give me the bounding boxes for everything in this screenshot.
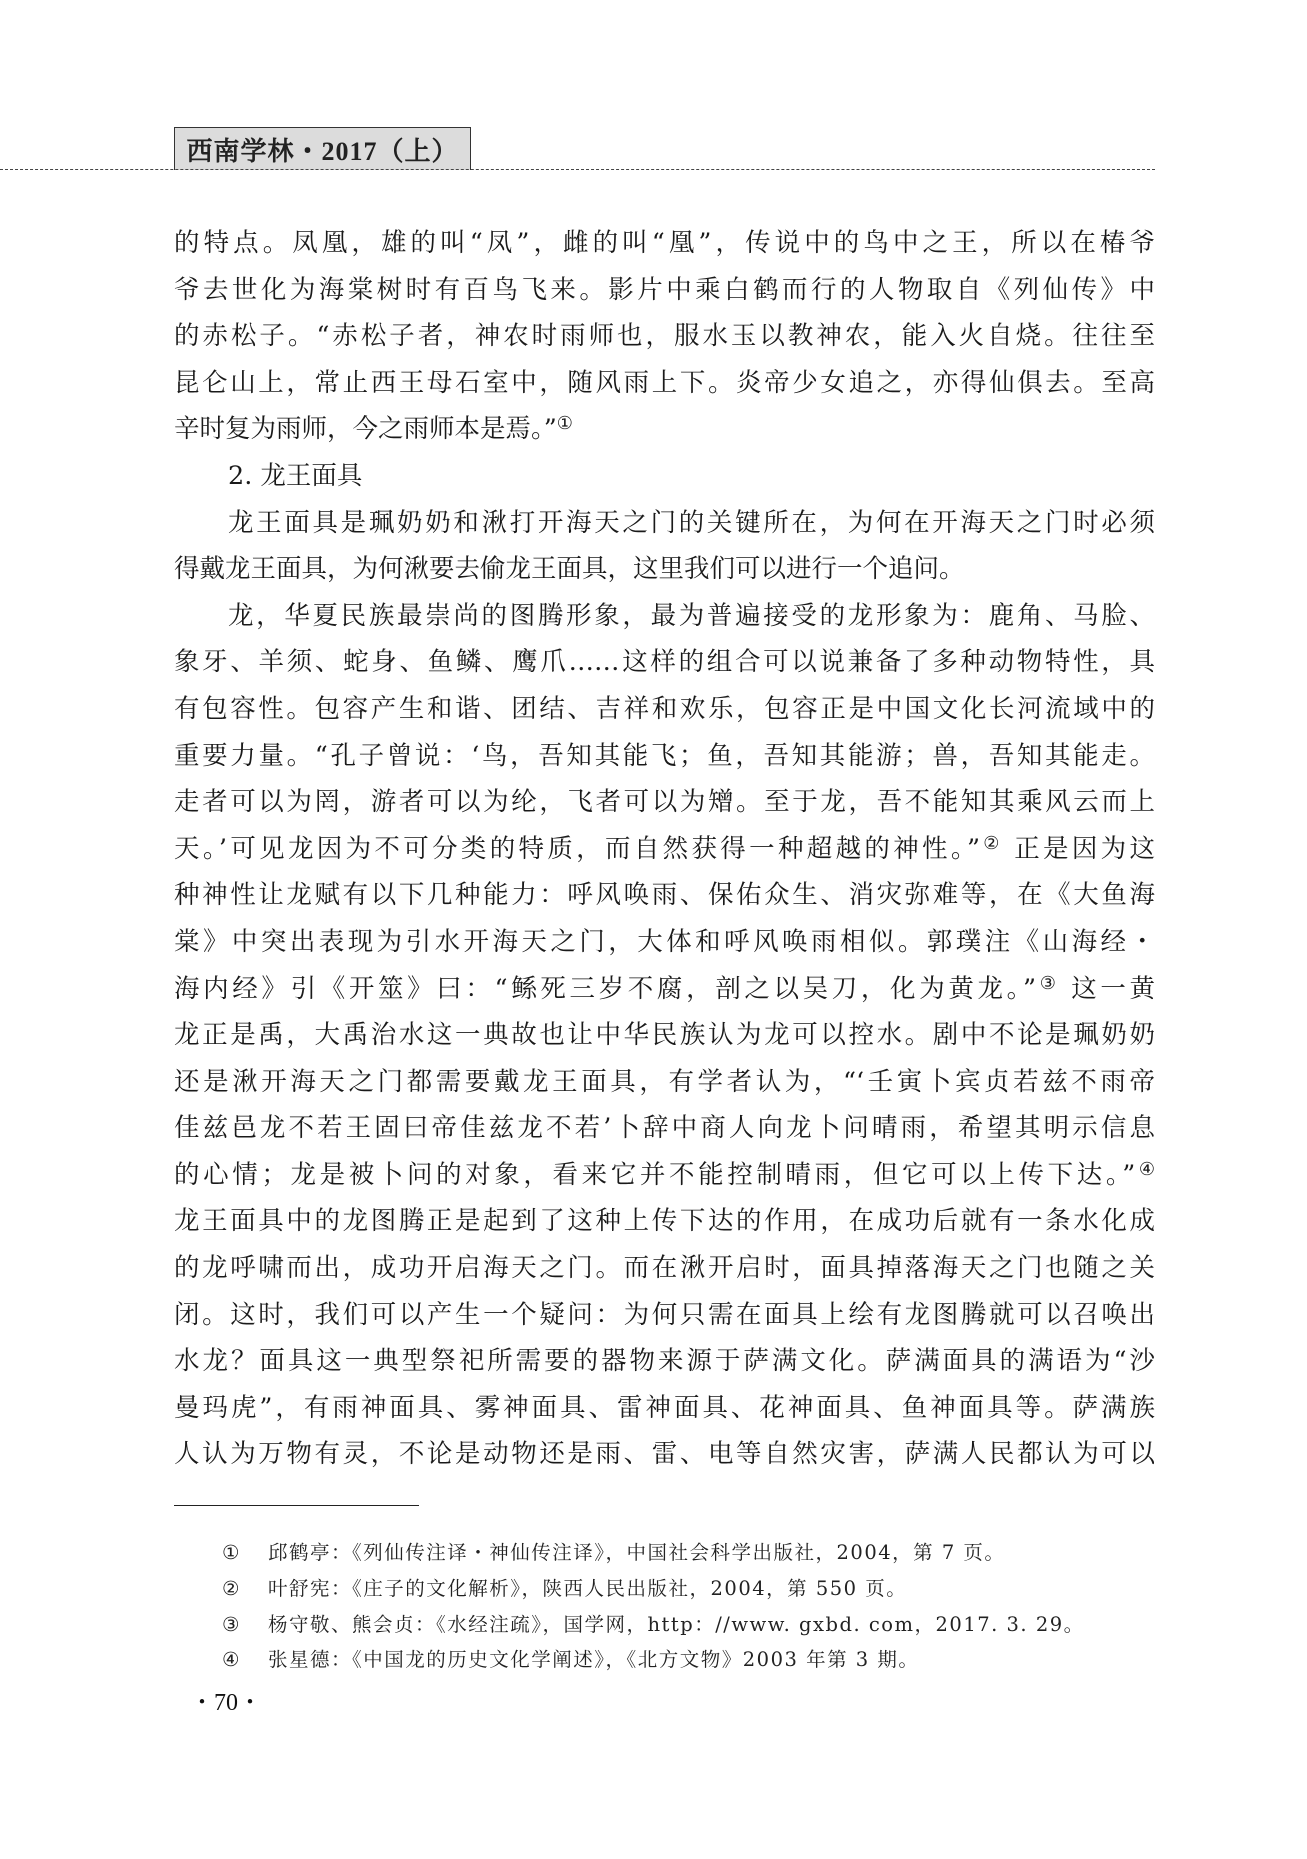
text-line: 的特点。凤凰，雄的叫“凤”，雌的叫“凰”，传说中的鸟中之王，所以在椿爷	[174, 220, 1155, 267]
running-head-title: 西南学林・2017（上）	[186, 131, 458, 168]
footnote-text: 邱鹤亭：《列仙传注译・神仙传注译》，中国社会科学出版社，2004，第 7 页。	[268, 1541, 1005, 1564]
text-line: 的龙呼啸而出，成功开启海天之门。而在湫开启时，面具掉落海天之门也随之关	[174, 1245, 1155, 1292]
body-text: 的特点。凤凰，雄的叫“凤”，雌的叫“凰”，传说中的鸟中之王，所以在椿爷爷去世化为…	[174, 220, 1155, 1478]
text-line: 佳兹邑龙不若王固曰帝佳兹龙不若’卜辞中商人向龙卜问晴雨，希望其明示信息	[174, 1105, 1155, 1152]
line-text: 走者可以为罔，游者可以为纶，飞者可以为矰。至于龙，吾不能知其乘风云而上	[174, 787, 1155, 817]
line-text: 爷去世化为海棠树时有百鸟飞来。影片中乘白鹤而行的人物取自《列仙传》中	[174, 275, 1155, 305]
text-line: 水龙？面具这一典型祭祀所需要的器物来源于萨满文化。萨满面具的满语为“沙	[174, 1338, 1155, 1385]
line-text: 还是湫开海天之门都需要戴龙王面具，有学者认为，“‘壬寅卜宾贞若兹不雨帝	[174, 1067, 1155, 1097]
text-line: 曼玛虎”，有雨神面具、雾神面具、雷神面具、花神面具、鱼神面具等。萨满族	[174, 1385, 1155, 1432]
line-text: 人认为万物有灵，不论是动物还是雨、雷、电等自然灾害，萨满人民都认为可以	[174, 1439, 1155, 1469]
text-line: 得戴龙王面具，为何湫要去偷龙王面具，这里我们可以进行一个追问。	[174, 546, 1155, 593]
text-line: 龙正是禹，大禹治水这一典故也让中华民族认为龙可以控水。剧中不论是珮奶奶	[174, 1012, 1155, 1059]
line-text: 闭。这时，我们可以产生一个疑问：为何只需在面具上绘有龙图腾就可以召唤出	[174, 1300, 1155, 1330]
line-text: 龙王面具中的龙图腾正是起到了这种上传下达的作用，在成功后就有一条水化成	[174, 1206, 1155, 1236]
text-line: 昆仑山上，常止西王母石室中，随风雨上下。炎帝少女追之，亦得仙俱去。至高	[174, 360, 1155, 407]
footnotes: ①邱鹤亭：《列仙传注译・神仙传注译》，中国社会科学出版社，2004，第 7 页。…	[222, 1535, 1085, 1678]
line-text: 的心情；龙是被卜问的对象，看来它并不能控制晴雨，但它可以上传下达。”	[174, 1160, 1135, 1190]
footnote-item: ①邱鹤亭：《列仙传注译・神仙传注译》，中国社会科学出版社，2004，第 7 页。	[222, 1535, 1085, 1571]
line-text: 水龙？面具这一典型祭祀所需要的器物来源于萨满文化。萨满面具的满语为“沙	[174, 1346, 1155, 1376]
text-line: 重要力量。“孔子曾说：‘鸟，吾知其能飞；鱼，吾知其能游；兽，吾知其能走。	[174, 733, 1155, 780]
text-line: 有包容性。包容产生和谐、团结、吉祥和欢乐，包容正是中国文化长河流域中的	[174, 686, 1155, 733]
footnote-text: 杨守敬、熊会贞：《水经注疏》，国学网，http：//www. gxbd. com…	[268, 1613, 1085, 1636]
text-line: 象牙、羊须、蛇身、鱼鳞、鹰爪……这样的组合可以说兼备了多种动物特性，具	[174, 639, 1155, 686]
line-text: 龙正是禹，大禹治水这一典故也让中华民族认为龙可以控水。剧中不论是珮奶奶	[174, 1020, 1155, 1050]
text-line: 海内经》引《开筮》曰：“鲧死三岁不腐，剖之以吴刀，化为黄龙。”③ 这一黄	[174, 966, 1155, 1013]
line-text: 天。’可见龙因为不可分类的特质，而自然获得一种超越的神性。”	[174, 834, 980, 864]
footnote-item: ③杨守敬、熊会贞：《水经注疏》，国学网，http：//www. gxbd. co…	[222, 1607, 1085, 1643]
footnote-number: ③	[222, 1607, 268, 1643]
line-text: 2. 龙王面具	[228, 461, 362, 491]
line-text: 辛时复为雨师，今之雨师本是焉。”	[174, 414, 557, 444]
footnote-number: ④	[222, 1642, 268, 1678]
text-line: 走者可以为罔，游者可以为纶，飞者可以为矰。至于龙，吾不能知其乘风云而上	[174, 779, 1155, 826]
footnote-separator	[174, 1505, 419, 1506]
page-number: ・70・	[190, 1682, 262, 1717]
line-text: 昆仑山上，常止西王母石室中，随风雨上下。炎帝少女追之，亦得仙俱去。至高	[174, 368, 1155, 398]
footnote-ref[interactable]: ④	[1135, 1159, 1155, 1180]
line-text: 的赤松子。“赤松子者，神农时雨师也，服水玉以教神农，能入火自烧。往往至	[174, 321, 1155, 351]
line-text: 海内经》引《开筮》曰：“鲧死三岁不腐，剖之以吴刀，化为黄龙。”	[174, 974, 1036, 1004]
line-text: 棠》中突出表现为引水开海天之门，大体和呼风唤雨相似。郭璞注《山海经・	[174, 927, 1155, 957]
line-text: 龙王面具是珮奶奶和湫打开海天之门的关键所在，为何在开海天之门时必须	[228, 508, 1155, 538]
footnote-text: 叶舒宪：《庄子的文化解析》，陕西人民出版社，2004，第 550 页。	[268, 1577, 907, 1600]
line-text: 重要力量。“孔子曾说：‘鸟，吾知其能飞；鱼，吾知其能游；兽，吾知其能走。	[174, 741, 1155, 771]
footnote-number: ①	[222, 1535, 268, 1571]
footnote-ref[interactable]: ③	[1036, 973, 1059, 994]
footnote-ref[interactable]: ②	[980, 833, 1003, 854]
line-text: 有包容性。包容产生和谐、团结、吉祥和欢乐，包容正是中国文化长河流域中的	[174, 694, 1155, 724]
line-text: 的龙呼啸而出，成功开启海天之门。而在湫开启时，面具掉落海天之门也随之关	[174, 1253, 1155, 1283]
text-line: 棠》中突出表现为引水开海天之门，大体和呼风唤雨相似。郭璞注《山海经・	[174, 919, 1155, 966]
line-text-after: 正是因为这	[1003, 834, 1155, 864]
text-line: 天。’可见龙因为不可分类的特质，而自然获得一种超越的神性。”② 正是因为这	[174, 826, 1155, 873]
text-line: 龙王面具是珮奶奶和湫打开海天之门的关键所在，为何在开海天之门时必须	[174, 500, 1155, 547]
footnote-item: ④张星德：《中国龙的历史文化学阐述》，《北方文物》2003 年第 3 期。	[222, 1642, 1085, 1678]
running-head: 西南学林・2017（上）	[174, 127, 471, 170]
text-line: 爷去世化为海棠树时有百鸟飞来。影片中乘白鹤而行的人物取自《列仙传》中	[174, 267, 1155, 314]
line-text: 龙，华夏民族最崇尚的图腾形象，最为普遍接受的龙形象为：鹿角、马脸、	[228, 601, 1155, 631]
line-text: 种神性让龙赋有以下几种能力：呼风唤雨、保佑众生、消灾弥难等，在《大鱼海	[174, 880, 1155, 910]
text-line: 的赤松子。“赤松子者，神农时雨师也，服水玉以教神农，能入火自烧。往往至	[174, 313, 1155, 360]
footnote-text: 张星德：《中国龙的历史文化学阐述》，《北方文物》2003 年第 3 期。	[268, 1648, 919, 1671]
text-line: 人认为万物有灵，不论是动物还是雨、雷、电等自然灾害，萨满人民都认为可以	[174, 1431, 1155, 1478]
text-line: 闭。这时，我们可以产生一个疑问：为何只需在面具上绘有龙图腾就可以召唤出	[174, 1292, 1155, 1339]
header-dashed-rule	[0, 169, 1155, 170]
text-line: 还是湫开海天之门都需要戴龙王面具，有学者认为，“‘壬寅卜宾贞若兹不雨帝	[174, 1059, 1155, 1106]
line-text: 曼玛虎”，有雨神面具、雾神面具、雷神面具、花神面具、鱼神面具等。萨满族	[174, 1393, 1155, 1423]
line-text: 象牙、羊须、蛇身、鱼鳞、鹰爪……这样的组合可以说兼备了多种动物特性，具	[174, 647, 1155, 677]
line-text: 的特点。凤凰，雄的叫“凤”，雌的叫“凰”，传说中的鸟中之王，所以在椿爷	[174, 228, 1155, 258]
line-text-after: 这一黄	[1059, 974, 1155, 1004]
text-line: 龙王面具中的龙图腾正是起到了这种上传下达的作用，在成功后就有一条水化成	[174, 1198, 1155, 1245]
text-line: 辛时复为雨师，今之雨师本是焉。”①	[174, 406, 1155, 453]
text-line: 龙，华夏民族最崇尚的图腾形象，最为普遍接受的龙形象为：鹿角、马脸、	[174, 593, 1155, 640]
line-text: 佳兹邑龙不若王固曰帝佳兹龙不若’卜辞中商人向龙卜问晴雨，希望其明示信息	[174, 1113, 1155, 1143]
footnote-item: ②叶舒宪：《庄子的文化解析》，陕西人民出版社，2004，第 550 页。	[222, 1571, 1085, 1607]
section-heading: 2. 龙王面具	[174, 453, 1155, 500]
footnote-number: ②	[222, 1571, 268, 1607]
text-line: 的心情；龙是被卜问的对象，看来它并不能控制晴雨，但它可以上传下达。”④	[174, 1152, 1155, 1199]
line-text: 得戴龙王面具，为何湫要去偷龙王面具，这里我们可以进行一个追问。	[174, 554, 965, 584]
footnote-ref[interactable]: ①	[557, 413, 573, 434]
text-line: 种神性让龙赋有以下几种能力：呼风唤雨、保佑众生、消灾弥难等，在《大鱼海	[174, 872, 1155, 919]
